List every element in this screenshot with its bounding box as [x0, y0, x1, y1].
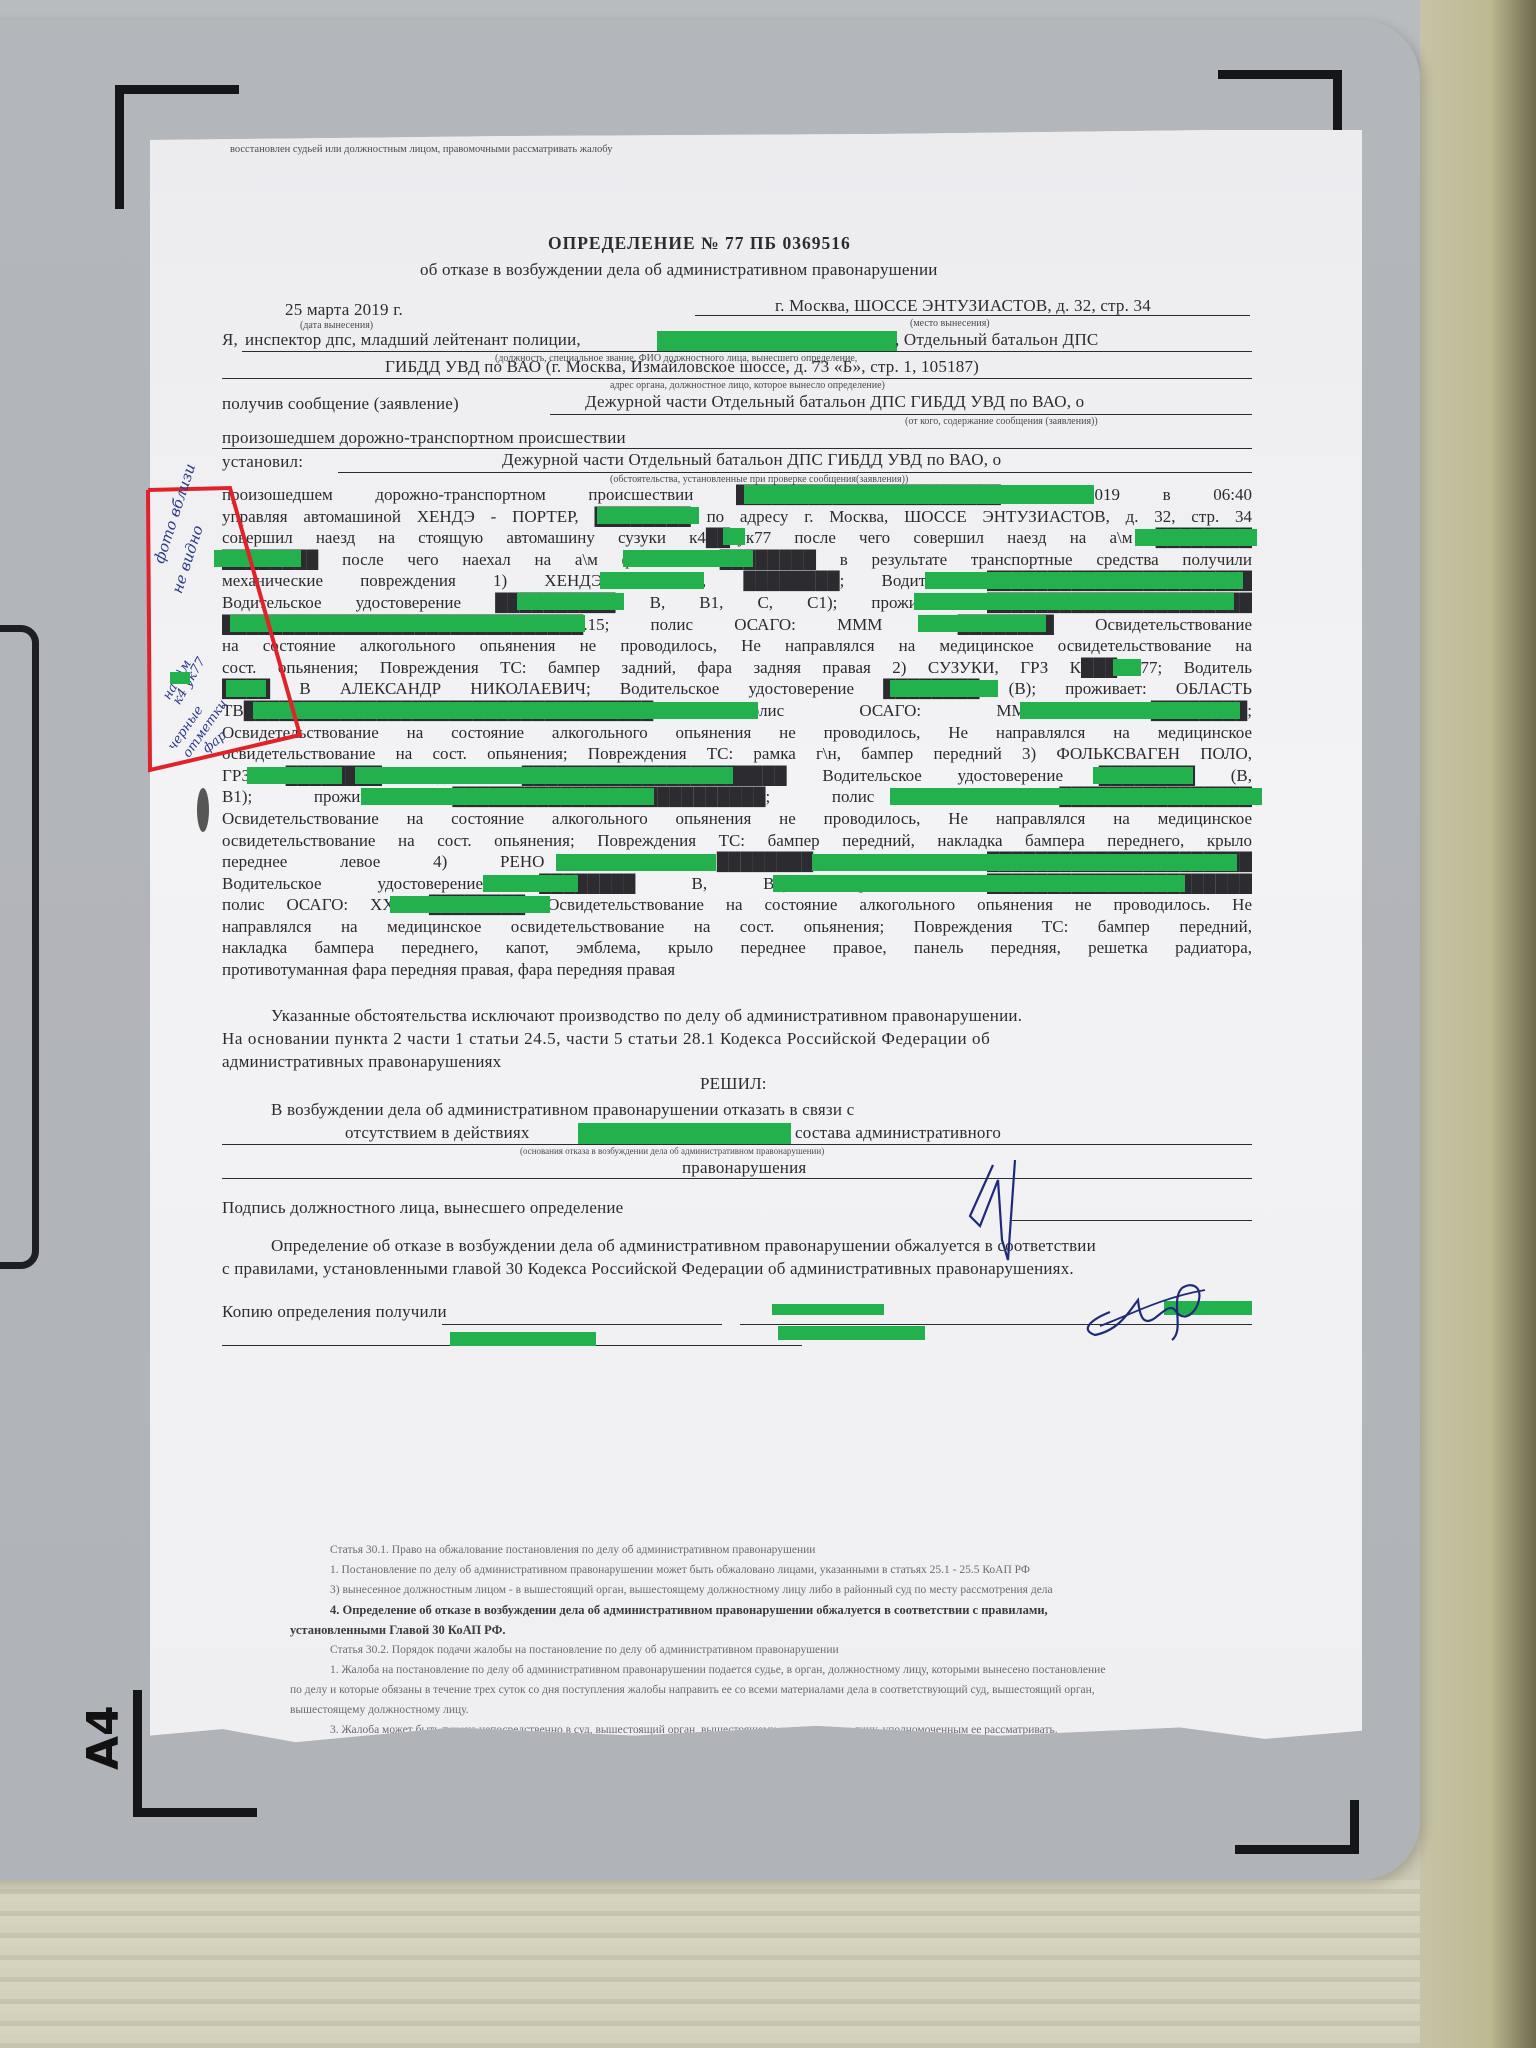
received-value: Дежурной части Отдельный батальон ДПС ГИ… — [585, 392, 1084, 412]
place-value: г. Москва, ШОССЕ ЭНТУЗИАСТОВ, д. 32, стр… — [775, 296, 1151, 316]
redaction — [226, 680, 266, 697]
legal-basis-line1: На основании пункта 2 части 1 статьи 24.… — [222, 1029, 990, 1049]
desk-surface — [0, 1880, 1536, 2048]
date-value: 25 марта 2019 г. — [285, 300, 403, 320]
body-line: полис ОСАГО: ХХХ ████████ Освидетельство… — [222, 894, 1252, 916]
body-line: накладка бампера переднего, капот, эмбле… — [222, 937, 1252, 959]
decision-continuation: правонарушения — [682, 1158, 806, 1178]
established-value: Дежурной части Отдельный батальон ДПС ГИ… — [502, 450, 1001, 470]
desk-edge — [1420, 0, 1536, 2048]
redaction — [170, 672, 190, 684]
circumstances-text: Указанные обстоятельства исключают произ… — [271, 1006, 1022, 1026]
law-line: Статья 30.2. Порядок подачи жалобы на по… — [290, 1640, 1180, 1660]
copy-received-label: Копию определения получили — [222, 1302, 447, 1322]
place-caption: (место вынесения) — [910, 318, 990, 329]
redaction — [773, 875, 1185, 892]
law-line: установленными Главой 30 КоАП РФ. — [290, 1620, 1180, 1640]
redacted-person-name — [578, 1123, 791, 1144]
decision-caption: (основания отказа в возбуждении дела об … — [520, 1146, 824, 1156]
body-line: Освидетельствование на состояние алкогол… — [222, 808, 1252, 830]
received-caption: (от кого, содержание сообщения (заявлени… — [905, 416, 1098, 427]
org-address: ГИБДД УВД по ВАО (г. Москва, Измайловско… — [385, 357, 979, 377]
redaction — [230, 615, 585, 632]
body-line: противотуманная фара передняя правая, фа… — [222, 959, 1252, 981]
redaction — [483, 875, 578, 892]
law-line: вышестоящему должностному лицу. — [290, 1700, 1180, 1720]
redaction — [390, 896, 550, 913]
redaction — [450, 1332, 596, 1346]
redaction — [812, 854, 1237, 871]
body-line: освидетельствование на сост. опьянения; … — [222, 830, 1252, 852]
redaction — [355, 767, 733, 784]
redaction — [744, 485, 1094, 504]
decision-reason-prefix: отсутствием в действиях — [345, 1123, 530, 1143]
redacted-officer-name — [657, 331, 897, 352]
decision-text: В возбуждении дела об административном п… — [271, 1100, 854, 1120]
officer-unit: , Отдельный батальон ДПС — [895, 330, 1098, 350]
body-line: направлялся на медицинское освидетельств… — [222, 916, 1252, 938]
redaction — [925, 572, 1243, 589]
decided-heading: РЕШИЛ: — [700, 1074, 767, 1094]
a4-stamp: A4 — [78, 1705, 129, 1770]
clipboard-handle-slot — [0, 625, 39, 1269]
received-continuation: произошедшем дорожно-транспортном происш… — [222, 428, 626, 448]
body-line: ████ В АЛЕКСАНДР НИКОЛАЕВИЧ; Водительско… — [222, 678, 1252, 700]
redaction — [556, 854, 716, 871]
redaction — [772, 1304, 884, 1315]
body-line: Освидетельствование на состояние алкогол… — [222, 722, 1252, 744]
signature-officer — [960, 1130, 1220, 1350]
body-line: на состояние алкогольного опьянения не п… — [222, 635, 1252, 657]
law-line: 4. Определение об отказе в возбуждении д… — [290, 1600, 1180, 1620]
document-sheet: восстановлен судьей или должностным лицо… — [150, 130, 1362, 1770]
redaction — [890, 788, 1262, 805]
appeal-text-line2: с правилами, установленными главой 30 Ко… — [222, 1259, 1074, 1279]
document-title: ОПРЕДЕЛЕНИЕ № 77 ПБ 0369516 — [548, 233, 851, 254]
redaction — [361, 788, 654, 805]
redaction — [597, 507, 699, 524]
law-line: по делу и которые обязаны в течение трех… — [290, 1680, 1180, 1700]
org-caption: адрес органа, должностное лицо, которое … — [610, 380, 885, 391]
body-line: освидетельствование на сост. опьянения; … — [222, 743, 1252, 765]
law-line: 1. Жалоба на постановление по делу об ад… — [290, 1660, 1180, 1680]
redaction — [600, 572, 704, 589]
redaction — [1093, 767, 1193, 784]
redaction — [1135, 529, 1257, 546]
law-line: 1. Постановление по делу об администрати… — [290, 1560, 1180, 1580]
signature-label: Подпись должностного лица, вынесшего опр… — [222, 1198, 623, 1218]
redaction — [918, 615, 1046, 632]
top-carryover-text: восстановлен судьей или должностным лицо… — [230, 144, 612, 155]
body-line: сост. опьянения; Повреждения ТС: бампер … — [222, 657, 1252, 679]
officer-position: инспектор дпс, младший лейтенант полиции… — [245, 330, 581, 350]
established-label: установил: — [222, 452, 303, 472]
law-line: 3) вынесенное должностным лицом - в выше… — [290, 1580, 1180, 1600]
redaction — [1113, 659, 1141, 676]
redaction — [214, 550, 301, 567]
a4-corner-mark-bottom-right — [1235, 1800, 1359, 1854]
redaction — [914, 593, 1234, 610]
redaction — [1020, 702, 1240, 719]
redaction — [723, 528, 745, 545]
redaction — [253, 702, 758, 719]
body-line: управляя автомашиной ХЕНДЭ - ПОРТЕР, ███… — [222, 506, 1252, 528]
legal-basis-line2: административных правонарушениях — [222, 1052, 501, 1072]
redaction — [247, 767, 342, 784]
redaction — [517, 593, 624, 610]
redaction — [890, 680, 998, 697]
redaction — [623, 550, 753, 567]
body-line: произошедшем дорожно-транспортном происш… — [222, 484, 1252, 506]
ya-label: Я, — [222, 330, 238, 350]
law-line: Статья 30.1. Право на обжалование постан… — [290, 1540, 1180, 1560]
redaction — [778, 1326, 925, 1340]
document-subtitle: об отказе в возбуждении дела об админист… — [420, 260, 938, 280]
received-label: получив сообщение (заявление) — [222, 394, 459, 414]
